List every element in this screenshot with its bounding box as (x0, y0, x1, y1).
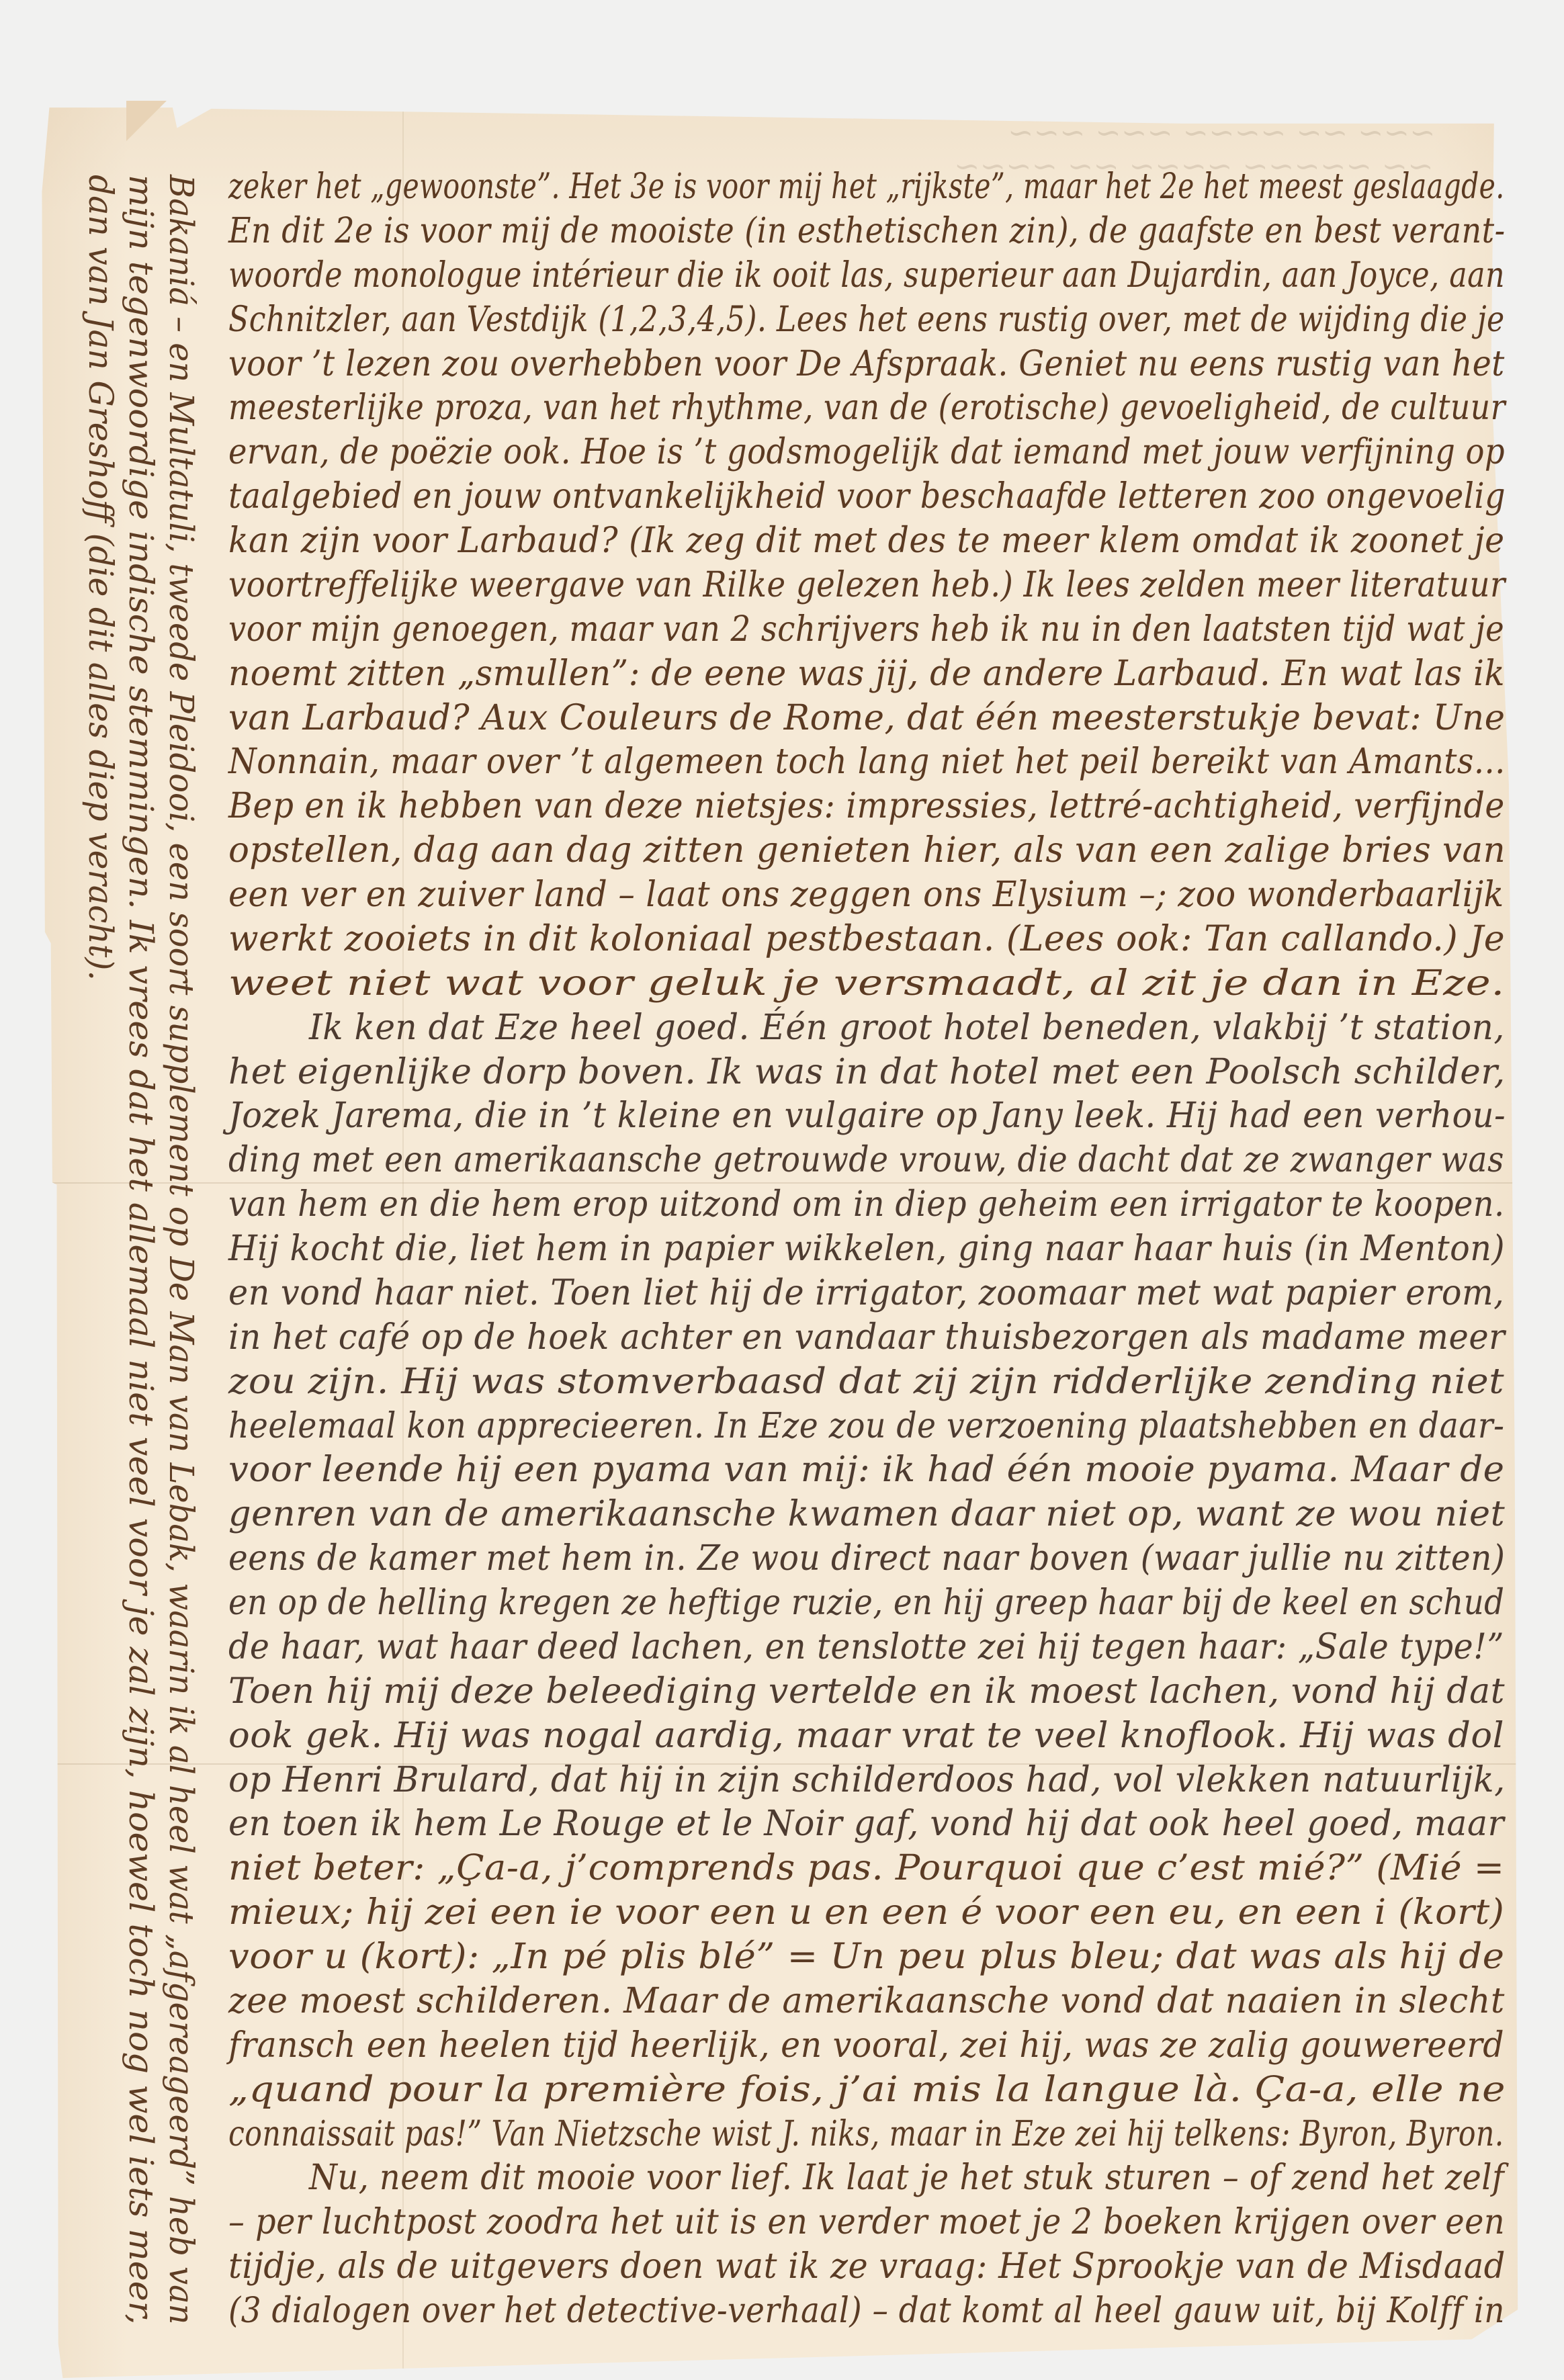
margin-line-3: dan van Jan Greshoff (die dit alles diep… (81, 175, 121, 981)
letter-line: tijdje, als de uitgevers doen wat ik ze … (228, 2246, 1506, 2287)
letter-line: Hij kocht die, liet hem in papier wikkel… (228, 1229, 1505, 1269)
letter-line: Bep en ik hebben van deze nietsjes: impr… (228, 786, 1505, 826)
letter-line: Nu, neem dit mooie voor lief. Ik laat je… (309, 2158, 1504, 2198)
letter-line: Nonnain, maar over ’t algemeen toch lang… (228, 742, 1506, 782)
folded-corner (126, 101, 167, 141)
margin-line-1: Bakaniá – en Multatuli, tweede Pleidooi,… (161, 175, 202, 2324)
letter-line: voor leende hij een pyama van mij: ik ha… (228, 1450, 1505, 1490)
letter-line: van hem en die hem erop uitzond om in di… (228, 1184, 1505, 1225)
letter-line: En dit 2e is voor mij de mooiste (in est… (228, 211, 1506, 251)
letter-line: ding met een amerikaansche getrouwde vro… (228, 1140, 1504, 1180)
letter-line: meesterlijke proza, van het rhythme, van… (228, 388, 1506, 428)
letter-line: connaissait pas!” Van Nietzsche wist J. … (228, 2114, 1504, 2154)
letter-line: fransch een heelen tijd heerlijk, en voo… (228, 2025, 1504, 2066)
letter-line: werkt zooiets in dit koloniaal pestbesta… (228, 919, 1505, 959)
letter-line: op Henri Brulard, dat hij in zijn schild… (228, 1760, 1506, 1800)
letter-line: en op de helling kregen ze heftige ruzie… (228, 1583, 1504, 1623)
letter-line: in het café op de hoek achter en vandaar… (228, 1317, 1505, 1358)
letter-line: noemt zitten „smullen”: de eene was jij,… (228, 654, 1505, 694)
letter-line: het eigenlijke dorp boven. Ik was in dat… (228, 1052, 1506, 1092)
letter-line: zee moest schilderen. Maar de amerikaans… (228, 1981, 1505, 2021)
letter-line: een ver en zuiver land – laat ons zeggen… (228, 875, 1504, 915)
letter-line: zeker het „gewoonste”. Het 3e is voor mi… (228, 167, 1505, 207)
letter-line: voortreffelijke weergave van Rilke gelez… (228, 565, 1506, 605)
bleed-through-text: ~~~ ~~ ~~~~ ~~~ ~~~ (1008, 114, 1436, 150)
letter-line: kan zijn voor Larbaud? (Ik zeg dit met d… (228, 521, 1505, 561)
letter-line: weet niet wat voor geluk je versmaadt, a… (228, 963, 1505, 1004)
letter-line: en vond haar niet. Toen liet hij de irri… (228, 1273, 1504, 1313)
letter-line: woorde monologue intérieur die ik ooit l… (228, 255, 1505, 296)
letter-line: „quand pour la première fois, j’ai mis l… (228, 2070, 1506, 2110)
margin-line-2: mijn tegenwoordige indische stemmingen. … (121, 175, 161, 2325)
letter-line: Jozek Jarema, die in ’t kleine en vulgai… (228, 1096, 1506, 1136)
letter-line: en toen ik hem Le Rouge et le Noir gaf, … (228, 1804, 1504, 1844)
letter-line: Schnitzler, aan Vestdijk (1,2,3,4,5). Le… (228, 300, 1505, 340)
letter-line: van Larbaud? Aux Couleurs de Rome, dat é… (228, 698, 1505, 738)
letter-line: Ik ken dat Eze heel goed. Één groot hote… (309, 1008, 1505, 1048)
letter-line: genren van de amerikaansche kwamen daar … (228, 1494, 1505, 1534)
letter-line: voor u (kort): „In pé plis blé” = Un peu… (228, 1937, 1505, 1977)
letter-line: Toen hij mij deze beleediging vertelde e… (228, 1671, 1505, 1712)
letter-line: opstellen, dag aan dag zitten genieten h… (228, 830, 1506, 871)
fold-crease-horizontal (39, 1182, 1524, 1184)
letter-line: (3 dialogen over het detective-verhaal) … (228, 2291, 1505, 2331)
letter-line: zou zijn. Hij was stomverbaasd dat zij z… (228, 1362, 1504, 1402)
letter-line: taalgebied en jouw ontvankelijkheid voor… (228, 476, 1506, 517)
letter-line: voor ’t lezen zou overhebben voor De Afs… (228, 344, 1505, 384)
letter-line: heelemaal kon apprecieeren. In Eze zou d… (228, 1406, 1504, 1446)
letter-line: eens de kamer met hem in. Ze wou direct … (228, 1538, 1505, 1579)
letter-line: ervan, de poëzie ook. Hoe is ’t godsmoge… (228, 432, 1505, 472)
letter-line: voor mijn genoegen, maar van 2 schrijver… (228, 609, 1504, 650)
letter-line: niet beter: „Ça-a, j’comprends pas. Pour… (228, 1848, 1505, 1888)
letter-line: ook gek. Hij was nogal aardig, maar vrat… (228, 1716, 1504, 1756)
letter-line: de haar, wat haar deed lachen, en tenslo… (228, 1627, 1504, 1667)
letter-line: mieux; hij zei een ie voor een u en een … (228, 1892, 1504, 1933)
letter-line: – per luchtpost zoodra het uit is en ver… (228, 2202, 1505, 2242)
